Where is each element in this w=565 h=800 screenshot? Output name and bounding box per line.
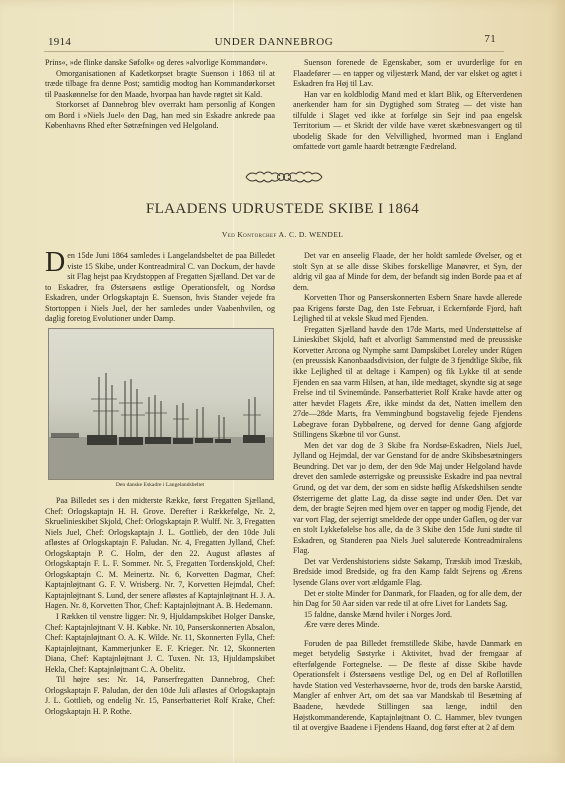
- paragraph: Men det var dog de 3 Skibe fra Nordsø-Es…: [293, 441, 522, 557]
- byline-prefix: Ved Kontorchef: [222, 230, 277, 239]
- article-intro: D en 15de Juni 1864 samledes i Langeland…: [45, 251, 275, 325]
- paragraph: 15 faldne, danske Mænd hviler i Norges J…: [293, 610, 522, 621]
- paragraph: Suenson forenede de Egenskaber, som er u…: [293, 58, 522, 90]
- byline-author: A. C. D. WENDEL: [279, 230, 344, 239]
- leaf-scroll-ornament-icon: [244, 168, 324, 186]
- article-byline: Ved Kontorchef A. C. D. WENDEL: [0, 230, 565, 239]
- article-right-column: Det var en anseelig Flaade, der her hold…: [293, 251, 522, 734]
- ships-illustration: [49, 329, 273, 479]
- header-publication-title: UNDER DANNEBROG: [44, 36, 504, 48]
- paragraph: Prins«, »de flinke danske Søfolk« og der…: [45, 58, 275, 69]
- previous-article-left-column: Prins«, »de flinke danske Søfolk« og der…: [45, 58, 275, 132]
- running-header: 1914 UNDER DANNEBROG 71: [44, 33, 504, 52]
- fleet-photograph: [48, 328, 274, 480]
- paragraph: Paa Billedet ses i den midterste Række, …: [45, 496, 275, 612]
- paragraph: Ære være deres Minde.: [293, 620, 522, 631]
- paragraph: Omorganisationen af Kadetkorpset bragte …: [45, 69, 275, 101]
- article-title: FLAADENS UDRUSTEDE SKIBE I 1864: [0, 201, 565, 218]
- intro-text: en 15de Juni 1864 samledes i Langelandsb…: [45, 251, 275, 323]
- paragraph: Til højre ses: Nr. 14, Panserfregatten D…: [45, 675, 275, 717]
- page-number: 71: [484, 33, 496, 45]
- drop-cap: D: [45, 252, 65, 274]
- paragraph: I Rækken til venstre ligger: Nr. 9, Hjul…: [45, 612, 275, 675]
- paragraph: Det var Verdenshistoriens sidste Søkamp,…: [293, 557, 522, 589]
- paragraph: Storkorset af Dannebrog blev overrakt ha…: [45, 100, 275, 132]
- paragraph: Det er stolte Minder for Danmark, for Fl…: [293, 589, 522, 610]
- paragraph: Korvetten Thor og Panserskonnerten Esber…: [293, 293, 522, 325]
- paragraph: Foruden de paa Billedet fremstillede Ski…: [293, 639, 522, 734]
- article-left-column: Paa Billedet ses i den midterste Række, …: [45, 496, 275, 717]
- magazine-page: 1914 UNDER DANNEBROG 71 Prins«, »de flin…: [0, 0, 565, 763]
- paragraph: Han var en koldblodig Mand med et klart …: [293, 90, 522, 153]
- figure-caption: Den danske Eskadre i Langelandsbeltet: [48, 482, 272, 488]
- paragraph: Fregatten Sjælland havde den 17de Marts,…: [293, 325, 522, 441]
- previous-article-right-column: Suenson forenede de Egenskaber, som er u…: [293, 58, 522, 153]
- paragraph: Det var en anseelig Flaade, der her hold…: [293, 251, 522, 293]
